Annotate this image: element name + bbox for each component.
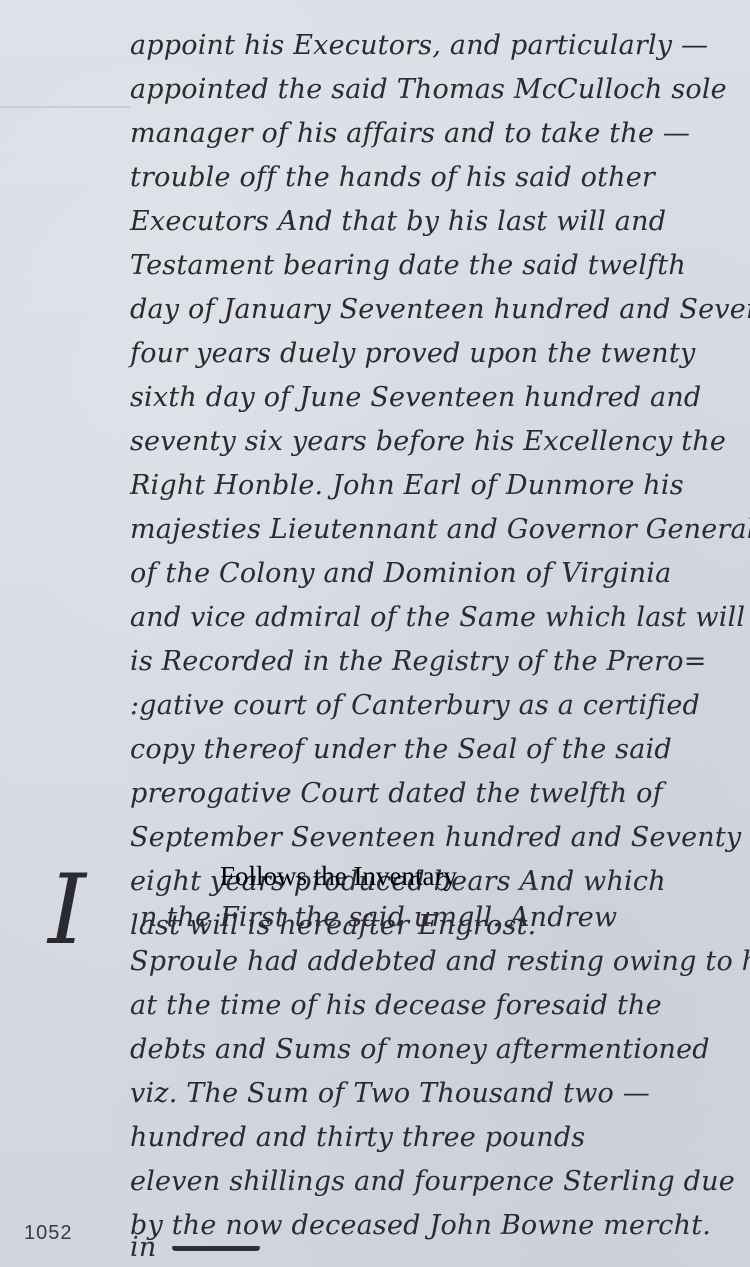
manuscript-line: copy thereof under the Seal of the said — [130, 732, 672, 768]
inventory-heading: Follows the Inventary — [220, 858, 457, 894]
manuscript-line: sixth day of June Seventeen hundred and — [130, 380, 701, 416]
folio-number: 1052 — [24, 1222, 73, 1245]
manuscript-line: majesties Lieutennant and Governor Gener… — [130, 512, 750, 548]
inventory-line: Sproule had addebted and resting owing t… — [130, 944, 750, 980]
inventory-line: n the First the said umqll. Andrew — [140, 900, 617, 936]
inventory-line: hundred and thirty three pounds — [130, 1120, 585, 1156]
manuscript-line: day of January Seventeen hundred and Sev… — [130, 292, 750, 328]
manuscript-line: manager of his affairs and to take the — — [130, 116, 690, 152]
manuscript-line: seventy six years before his Excellency … — [130, 424, 726, 460]
manuscript-line: four years duely proved upon the twenty — [130, 336, 695, 372]
manuscript-line: of the Colony and Dominion of Virginia — [130, 556, 671, 592]
manuscript-line: Right Honble. John Earl of Dunmore his — [130, 468, 684, 504]
manuscript-line: appointed the said Thomas McCulloch sole — [130, 72, 727, 108]
inventory-line: debts and Sums of money aftermentioned — [130, 1032, 710, 1068]
decorative-initial-letter: I — [48, 862, 86, 958]
line-end-flourish — [172, 1246, 260, 1251]
manuscript-line: Testament bearing date the said twelfth — [130, 248, 686, 284]
manuscript-line: September Seventeen hundred and Seventy — [130, 820, 741, 856]
paper-fold-mark — [0, 106, 130, 108]
inventory-line: at the time of his decease foresaid the — [130, 988, 662, 1024]
inventory-line: in — [130, 1230, 156, 1266]
manuscript-line: :gative court of Canterbury as a certifi… — [130, 688, 700, 724]
inventory-line: eleven shillings and fourpence Sterling … — [130, 1164, 735, 1200]
inventory-line: by the now deceased John Bowne mercht. — [130, 1208, 711, 1244]
manuscript-page: appoint his Executors, and particularly … — [0, 0, 750, 1267]
inventory-line: viz. The Sum of Two Thousand two — — [130, 1076, 650, 1112]
manuscript-line: prerogative Court dated the twelfth of — [130, 776, 663, 812]
manuscript-line: and vice admiral of the Same which last … — [130, 600, 745, 636]
manuscript-line: is Recorded in the Registry of the Prero… — [130, 644, 707, 680]
manuscript-line: trouble off the hands of his said other — [130, 160, 655, 196]
manuscript-line: appoint his Executors, and particularly … — [130, 28, 708, 64]
manuscript-line: Executors And that by his last will and — [130, 204, 666, 240]
